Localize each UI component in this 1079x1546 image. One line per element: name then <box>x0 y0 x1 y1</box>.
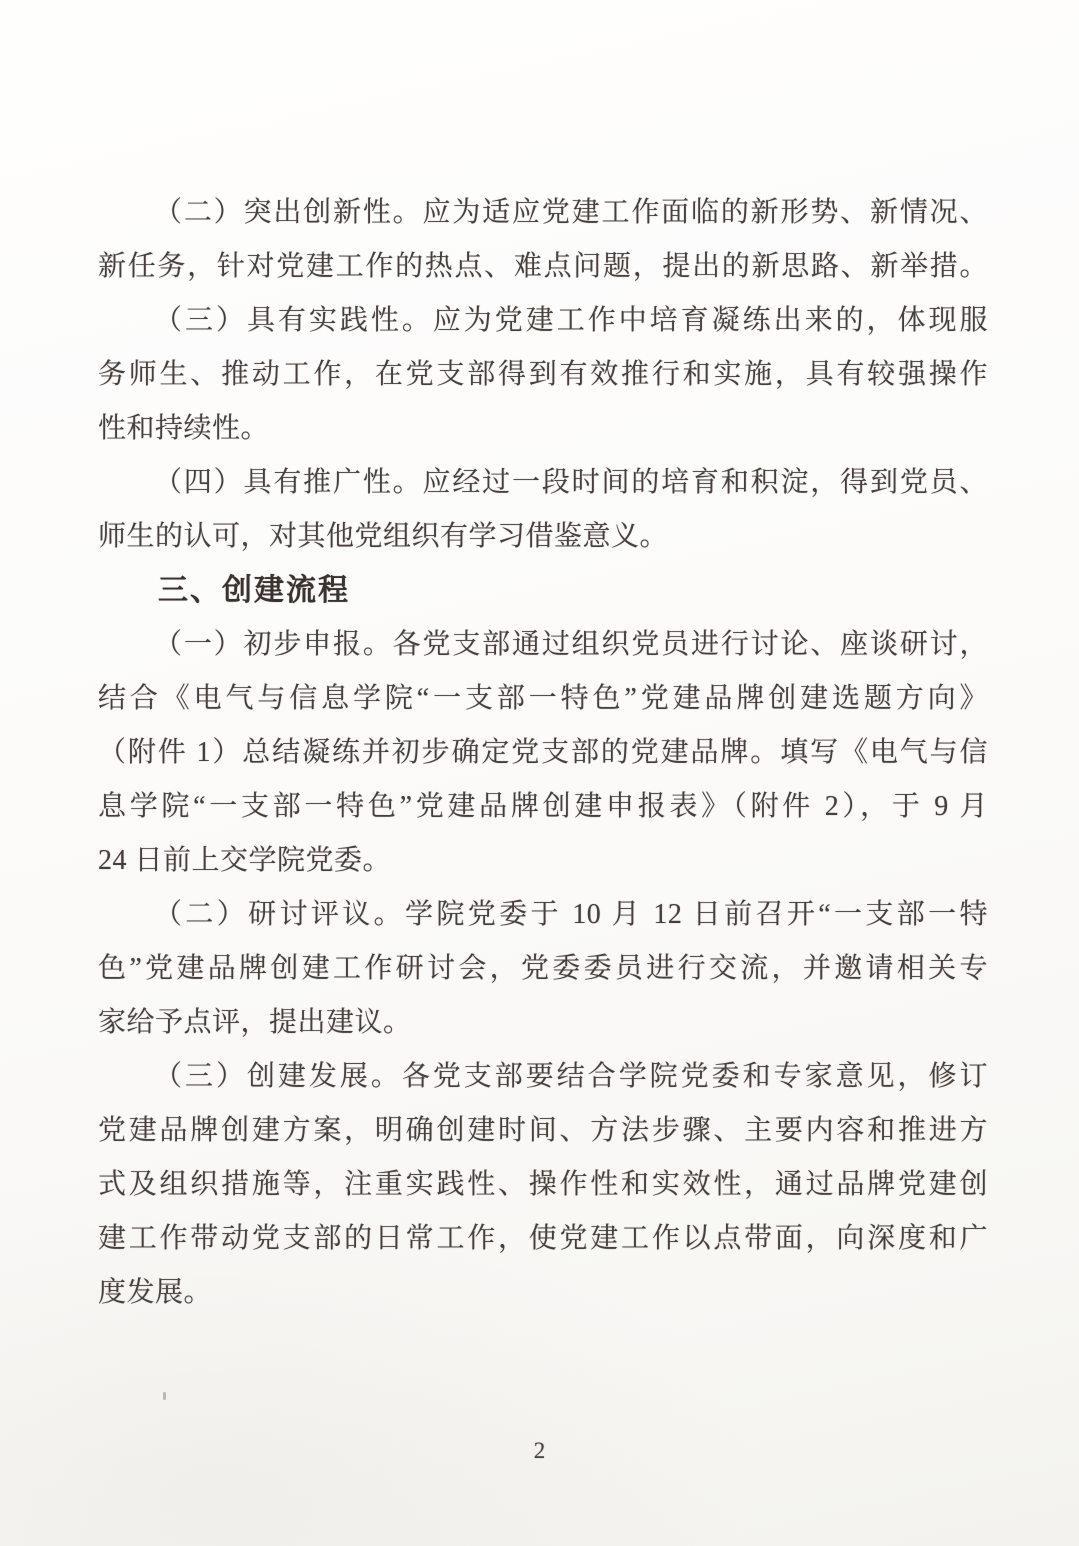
text-line: 式及组织措施等，注重实践性、操作性和实效性，通过品牌党建创 <box>98 1158 988 1212</box>
text-line: 党建品牌创建方案，明确创建时间、方法步骤、主要内容和推进方 <box>98 1104 988 1158</box>
text-line: （附件 1）总结凝练并初步确定党支部的党建品牌。填写《电气与信 <box>98 726 988 780</box>
text-line: （三）创建发展。各党支部要结合学院党委和专家意见，修订 <box>98 1050 988 1104</box>
text-line: （四）具有推广性。应经过一段时间的培育和积淀，得到党员、 <box>98 456 988 510</box>
text-line: 家给予点评，提出建议。 <box>98 996 988 1050</box>
section-heading: 三、创建流程 <box>98 564 988 618</box>
text-line: 建工作带动党支部的日常工作，使党建工作以点带面，向深度和广 <box>98 1212 988 1266</box>
scanned-document-page: （二）突出创新性。应为适应党建工作面临的新形势、新情况、新任务，针对党建工作的热… <box>0 0 1079 1546</box>
text-line: （二）研讨评议。学院党委于 10 月 12 日前召开“一支部一特 <box>98 888 988 942</box>
text-line: 务师生、推动工作，在党支部得到有效推行和实施，具有较强操作 <box>98 348 988 402</box>
text-line: （一）初步申报。各党支部通过组织党员进行讨论、座谈研讨， <box>98 618 988 672</box>
text-line: 色”党建品牌创建工作研讨会，党委委员进行交流，并邀请相关专 <box>98 942 988 996</box>
text-line: （三）具有实践性。应为党建工作中培育凝练出来的，体现服 <box>98 294 988 348</box>
text-line: 结合《电气与信息学院“一支部一特色”党建品牌创建选题方向》 <box>98 672 988 726</box>
text-line: 24 日前上交学院党委。 <box>98 834 988 888</box>
page-number: 2 <box>0 1438 1079 1464</box>
text-line: （二）突出创新性。应为适应党建工作面临的新形势、新情况、 <box>98 186 988 240</box>
document-body: （二）突出创新性。应为适应党建工作面临的新形势、新情况、新任务，针对党建工作的热… <box>98 186 988 1320</box>
text-line: 息学院“一支部一特色”党建品牌创建申报表》（附件 2），于 9 月 <box>98 780 988 834</box>
scan-artifact <box>163 1392 166 1400</box>
text-line: 度发展。 <box>98 1266 988 1320</box>
text-line: 新任务，针对党建工作的热点、难点问题，提出的新思路、新举措。 <box>98 240 988 294</box>
text-line: 性和持续性。 <box>98 402 988 456</box>
text-line: 师生的认可，对其他党组织有学习借鉴意义。 <box>98 510 988 564</box>
